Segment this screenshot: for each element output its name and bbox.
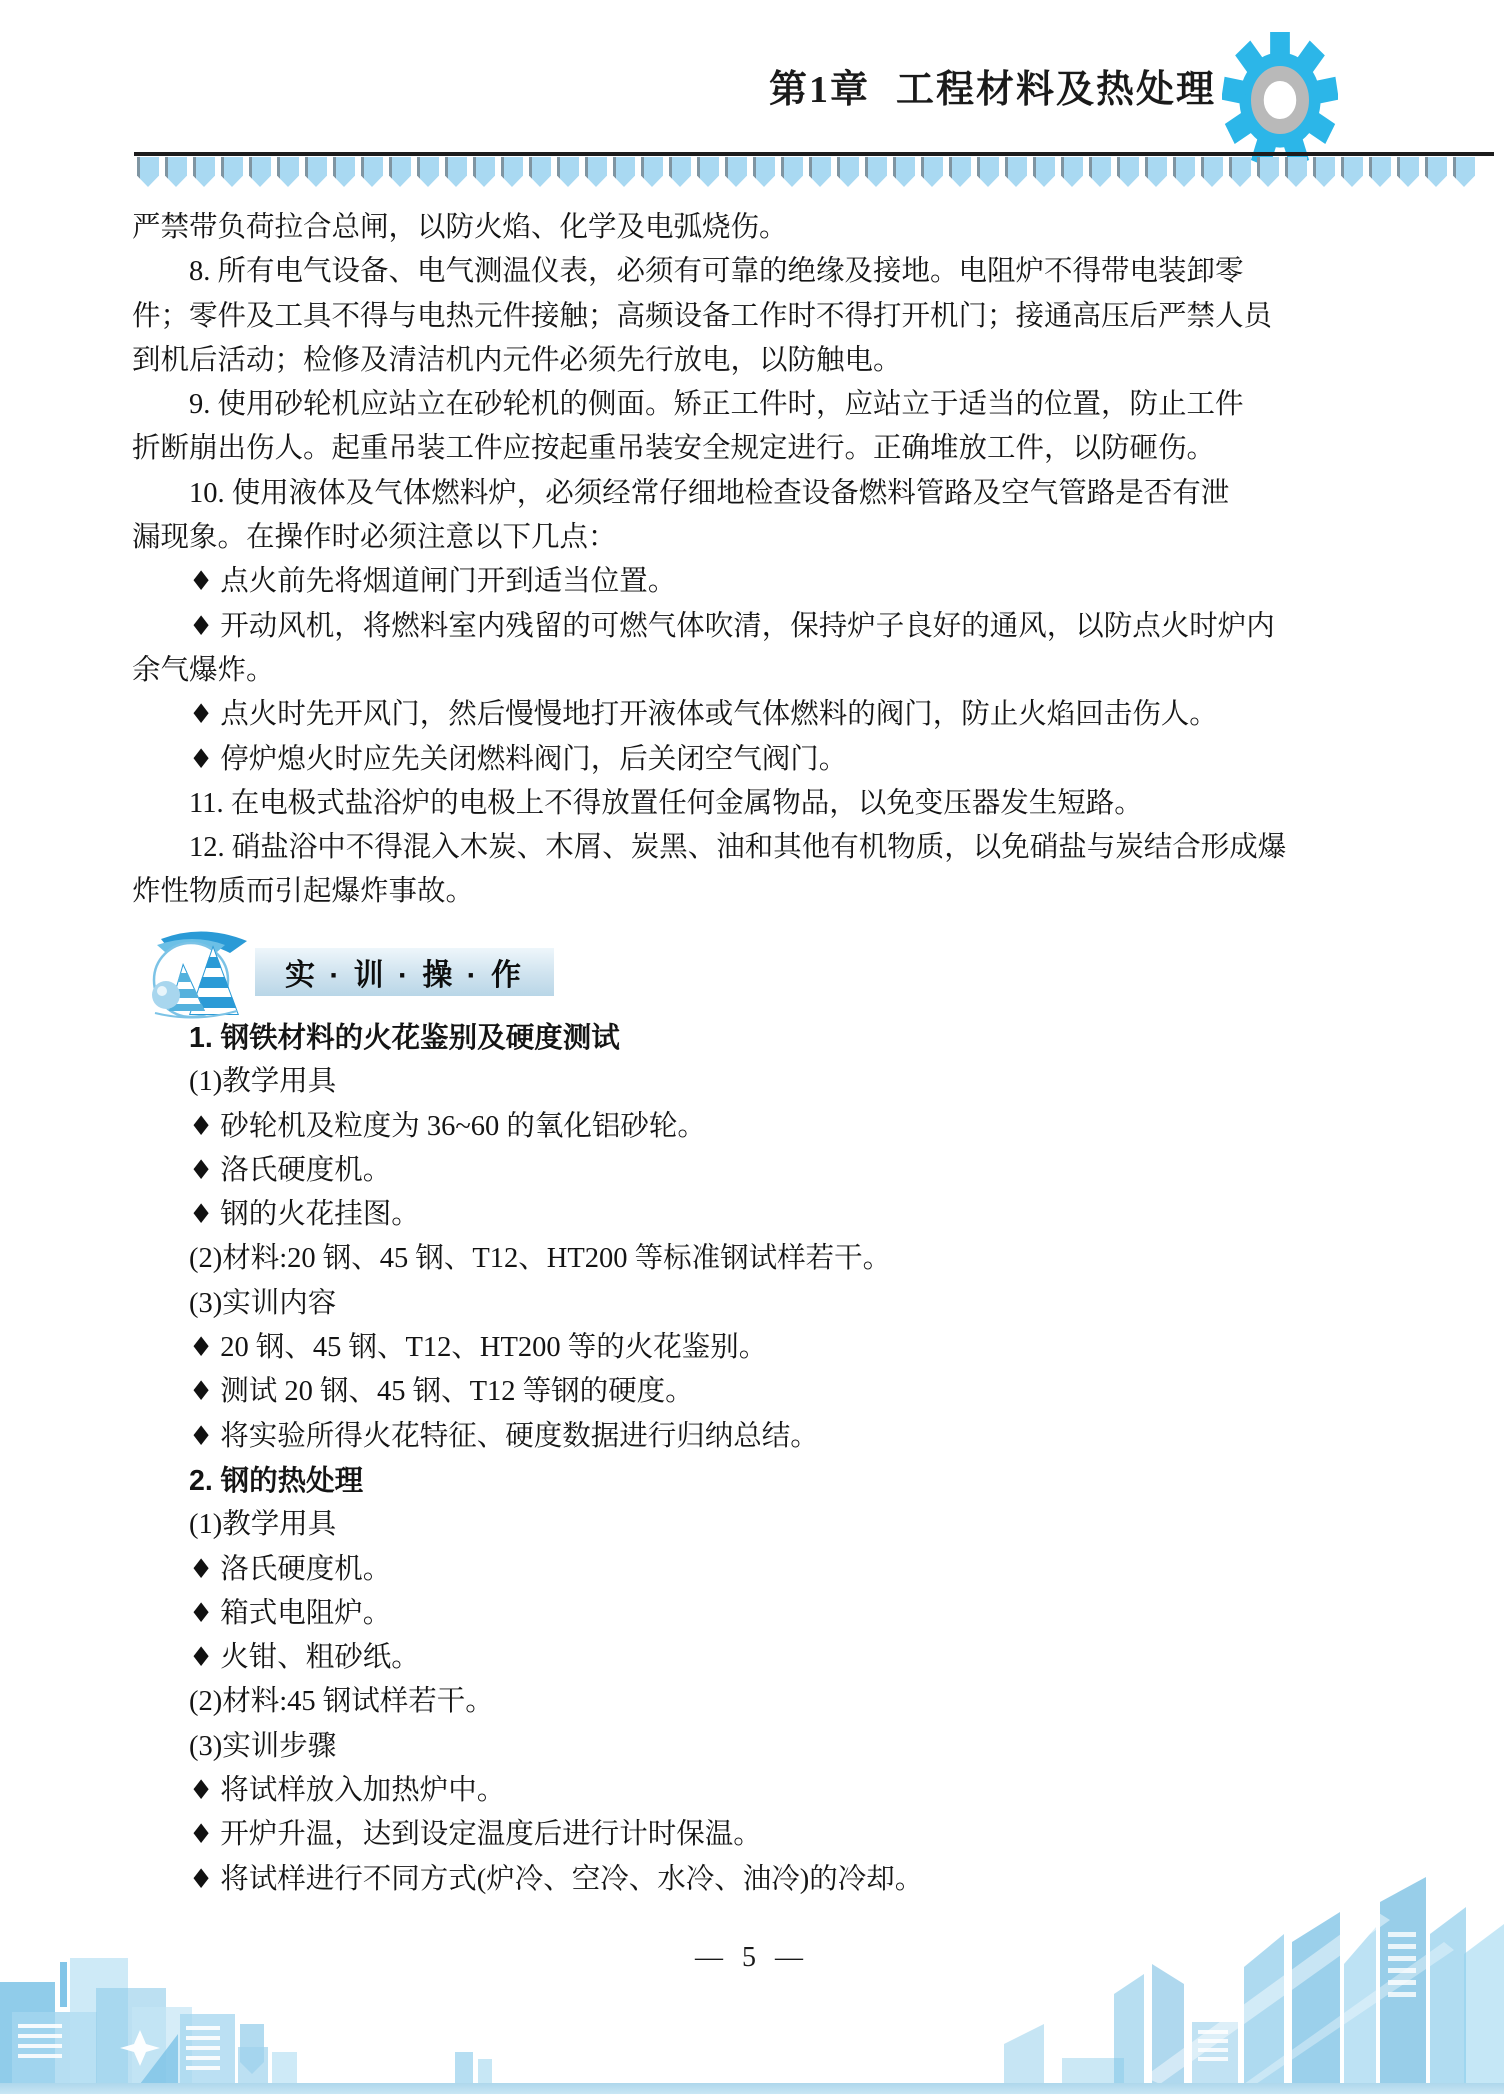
bullet-line: ♦开动风机，将燃料室内残留的可燃气体吹清，保持炉子良好的通风，以防点火时炉内 [132,605,1380,649]
pennant-icon [221,157,243,187]
diamond-bullet-icon: ♦ [189,1332,213,1363]
pennant-icon [781,157,803,187]
pennant-icon [1173,157,1195,187]
diamond-bullet-icon: ♦ [189,1421,213,1452]
pennant-icon [977,157,999,187]
diamond-bullet-icon: ♦ [189,1642,213,1673]
bullet-text: 洛氏硬度机。 [220,1554,391,1585]
practice-section-banner: 实 · 训 · 操 · 作 [133,925,554,1019]
text-line: 11. 在电极式盐浴炉的电极上不得放置任何金属物品，以免变压器发生短路。 [132,782,1380,826]
text-line: 炸性物质而引起爆炸事故。 [132,870,1380,914]
pennant-icon [1229,157,1251,187]
pennant-icon [1285,157,1307,187]
diamond-bullet-icon: ♦ [189,1199,213,1230]
bullet-line: ♦钢的火花挂图。 [132,1193,1380,1237]
text-line: 件；零件及工具不得与电热元件接触；高频设备工作时不得打开机门；接通高压后严禁人员 [132,295,1380,339]
pennant-icon [1397,157,1419,187]
bullet-line: ♦将实验所得火花特征、硬度数据进行归纳总结。 [132,1415,1380,1459]
diamond-bullet-icon: ♦ [189,1554,213,1585]
text-line: (3)实训内容 [132,1282,1380,1326]
chapter-label: 第1章 [769,69,870,111]
bullet-line: ♦20 钢、45 钢、T12、HT200 等的火花鉴别。 [132,1326,1380,1370]
pennant-icon [585,157,607,187]
pennant-icon [1341,157,1363,187]
chapter-heading: 第1章工程材料及热处理 [769,58,1216,113]
pennant-icon [1201,157,1223,187]
bullet-line: ♦开炉升温，达到设定温度后进行计时保温。 [132,1813,1380,1857]
pennant-icon [501,157,523,187]
text-line: 严禁带负荷拉合总闸，以防火焰、化学及电弧烧伤。 [132,206,1380,250]
pennant-icon [1117,157,1139,187]
diamond-bullet-icon: ♦ [189,1819,213,1850]
bullet-line: ♦洛氏硬度机。 [132,1548,1380,1592]
pennant-icon [809,157,831,187]
pennant-icon [865,157,887,187]
pennant-icon [361,157,383,187]
bullet-text: 开动风机，将燃料室内残留的可燃气体吹清，保持炉子良好的通风，以防点火时炉内 [220,611,1275,642]
bullet-text: 将实验所得火花特征、硬度数据进行归纳总结。 [220,1421,819,1452]
text-line: (1)教学用具 [132,1503,1380,1547]
heading-line: 1. 钢铁材料的火花鉴别及硬度测试 [132,1016,1380,1060]
pennant-icon [893,157,915,187]
cityscape-left-decoration [0,1952,700,2084]
safety-rules-text: 严禁带负荷拉合总闸，以防火焰、化学及电弧烧伤。8. 所有电气设备、电气测温仪表，… [132,206,1380,915]
text-line: (2)材料:20 钢、45 钢、T12、HT200 等标准钢试样若干。 [132,1237,1380,1281]
pennant-icon [165,157,187,187]
pennant-icon [473,157,495,187]
bullet-text: 洛氏硬度机。 [220,1155,391,1186]
bullet-text: 将试样放入加热炉中。 [220,1775,505,1806]
diamond-bullet-icon: ♦ [189,1111,213,1142]
bottom-band-decoration [0,2083,1504,2094]
gear-icon [1222,32,1338,168]
bullet-text: 20 钢、45 钢、T12、HT200 等的火花鉴别。 [220,1332,767,1363]
bullet-text: 将试样进行不同方式(炉冷、空冷、水冷、油冷)的冷却。 [220,1864,923,1895]
bullet-text: 钢的火花挂图。 [220,1199,420,1230]
heading-line: 2. 钢的热处理 [132,1459,1380,1503]
bullet-line: ♦砂轮机及粒度为 36~60 的氧化铝砂轮。 [132,1105,1380,1149]
pennant-icon [1257,157,1279,187]
practice-steps-text: 1. 钢铁材料的火花鉴别及硬度测试(1)教学用具♦砂轮机及粒度为 36~60 的… [132,1016,1380,1902]
pennant-icon [193,157,215,187]
pennant-icon [305,157,327,187]
bullet-line: ♦火钳、粗砂纸。 [132,1636,1380,1680]
bullet-text: 停炉熄火时应先关闭燃料阀门，后关闭空气阀门。 [220,744,847,775]
pennant-icon [837,157,859,187]
text-line: 9. 使用砂轮机应站立在砂轮机的侧面。矫正工件时，应站立于适当的位置，防止工件 [132,383,1380,427]
pennant-icon [1425,157,1447,187]
pennant-icon [613,157,635,187]
diamond-bullet-icon: ♦ [189,1864,213,1895]
bullet-line: ♦箱式电阻炉。 [132,1592,1380,1636]
diamond-bullet-icon: ♦ [189,566,213,597]
pennant-icon [725,157,747,187]
pennant-icon [921,157,943,187]
bullet-line: ♦停炉熄火时应先关闭燃料阀门，后关闭空气阀门。 [132,738,1380,782]
bullet-line: ♦测试 20 钢、45 钢、T12 等钢的硬度。 [132,1370,1380,1414]
pennant-icon [389,157,411,187]
text-line: 10. 使用液体及气体燃料炉，必须经常仔细地检查设备燃料管路及空气管路是否有泄 [132,472,1380,516]
pennant-icon [641,157,663,187]
pennant-icon [445,157,467,187]
pennant-icon [1145,157,1167,187]
cityscape-right-decoration [944,1872,1504,2084]
bullet-line: ♦点火前先将烟道闸门开到适当位置。 [132,560,1380,604]
diamond-bullet-icon: ♦ [189,1598,213,1629]
diamond-bullet-icon: ♦ [189,699,213,730]
text-line: (1)教学用具 [132,1060,1380,1104]
text-line: (3)实训步骤 [132,1725,1380,1769]
bullet-text: 开炉升温，达到设定温度后进行计时保温。 [220,1819,762,1850]
bullet-text: 点火时先开风门，然后慢慢地打开液体或气体燃料的阀门，防止火焰回击伤人。 [220,699,1218,730]
pennant-icon [1033,157,1055,187]
diamond-bullet-icon: ♦ [189,1775,213,1806]
pennant-icon [137,157,159,187]
bullet-text: 砂轮机及粒度为 36~60 的氧化铝砂轮。 [220,1111,706,1142]
pennant-icon [1369,157,1391,187]
text-line: 折断崩出伤人。起重吊装工件应按起重吊装安全规定进行。正确堆放工件，以防砸伤。 [132,427,1380,471]
text-line: 到机后活动；检修及清洁机内元件必须先行放电，以防触电。 [132,339,1380,383]
text-line: 12. 硝盐浴中不得混入木炭、木屑、炭黑、油和其他有机物质，以免硝盐与炭结合形成… [132,826,1380,870]
pennant-border [137,157,1493,187]
pennant-icon [697,157,719,187]
pennant-icon [417,157,439,187]
chapter-title: 工程材料及热处理 [896,69,1216,111]
header-rule [134,152,1494,156]
pennant-icon [249,157,271,187]
pennant-icon [753,157,775,187]
bullet-text: 点火前先将烟道闸门开到适当位置。 [220,566,676,597]
diamond-bullet-icon: ♦ [189,744,213,775]
pennant-icon [1089,157,1111,187]
pennant-icon [1313,157,1335,187]
textbook-page: 第1章工程材料及热处理 严禁带负荷拉合总闸，以防火焰、化学及电弧烧伤。8. 所有… [0,0,1504,2094]
traffic-cones-icon [133,925,261,1019]
pennant-icon [1005,157,1027,187]
bullet-line: ♦洛氏硬度机。 [132,1149,1380,1193]
pennant-icon [949,157,971,187]
pennant-icon [669,157,691,187]
bullet-text: 测试 20 钢、45 钢、T12 等钢的硬度。 [220,1376,693,1407]
pennant-icon [557,157,579,187]
pennant-icon [1453,157,1475,187]
pennant-icon [529,157,551,187]
practice-section-title: 实 · 训 · 操 · 作 [255,948,554,996]
pennant-icon [277,157,299,187]
bullet-line: ♦点火时先开风门，然后慢慢地打开液体或气体燃料的阀门，防止火焰回击伤人。 [132,693,1380,737]
diamond-bullet-icon: ♦ [189,1376,213,1407]
bullet-text: 火钳、粗砂纸。 [220,1642,420,1673]
text-line: 漏现象。在操作时必须注意以下几点： [132,516,1380,560]
bullet-line: ♦将试样放入加热炉中。 [132,1769,1380,1813]
diamond-bullet-icon: ♦ [189,1155,213,1186]
bullet-text: 箱式电阻炉。 [220,1598,391,1629]
text-line: 8. 所有电气设备、电气测温仪表，必须有可靠的绝缘及接地。电阻炉不得带电装卸零 [132,250,1380,294]
text-line: 余气爆炸。 [132,649,1380,693]
pennant-icon [1061,157,1083,187]
diamond-bullet-icon: ♦ [189,611,213,642]
text-line: (2)材料:45 钢试样若干。 [132,1680,1380,1724]
pennant-icon [333,157,355,187]
